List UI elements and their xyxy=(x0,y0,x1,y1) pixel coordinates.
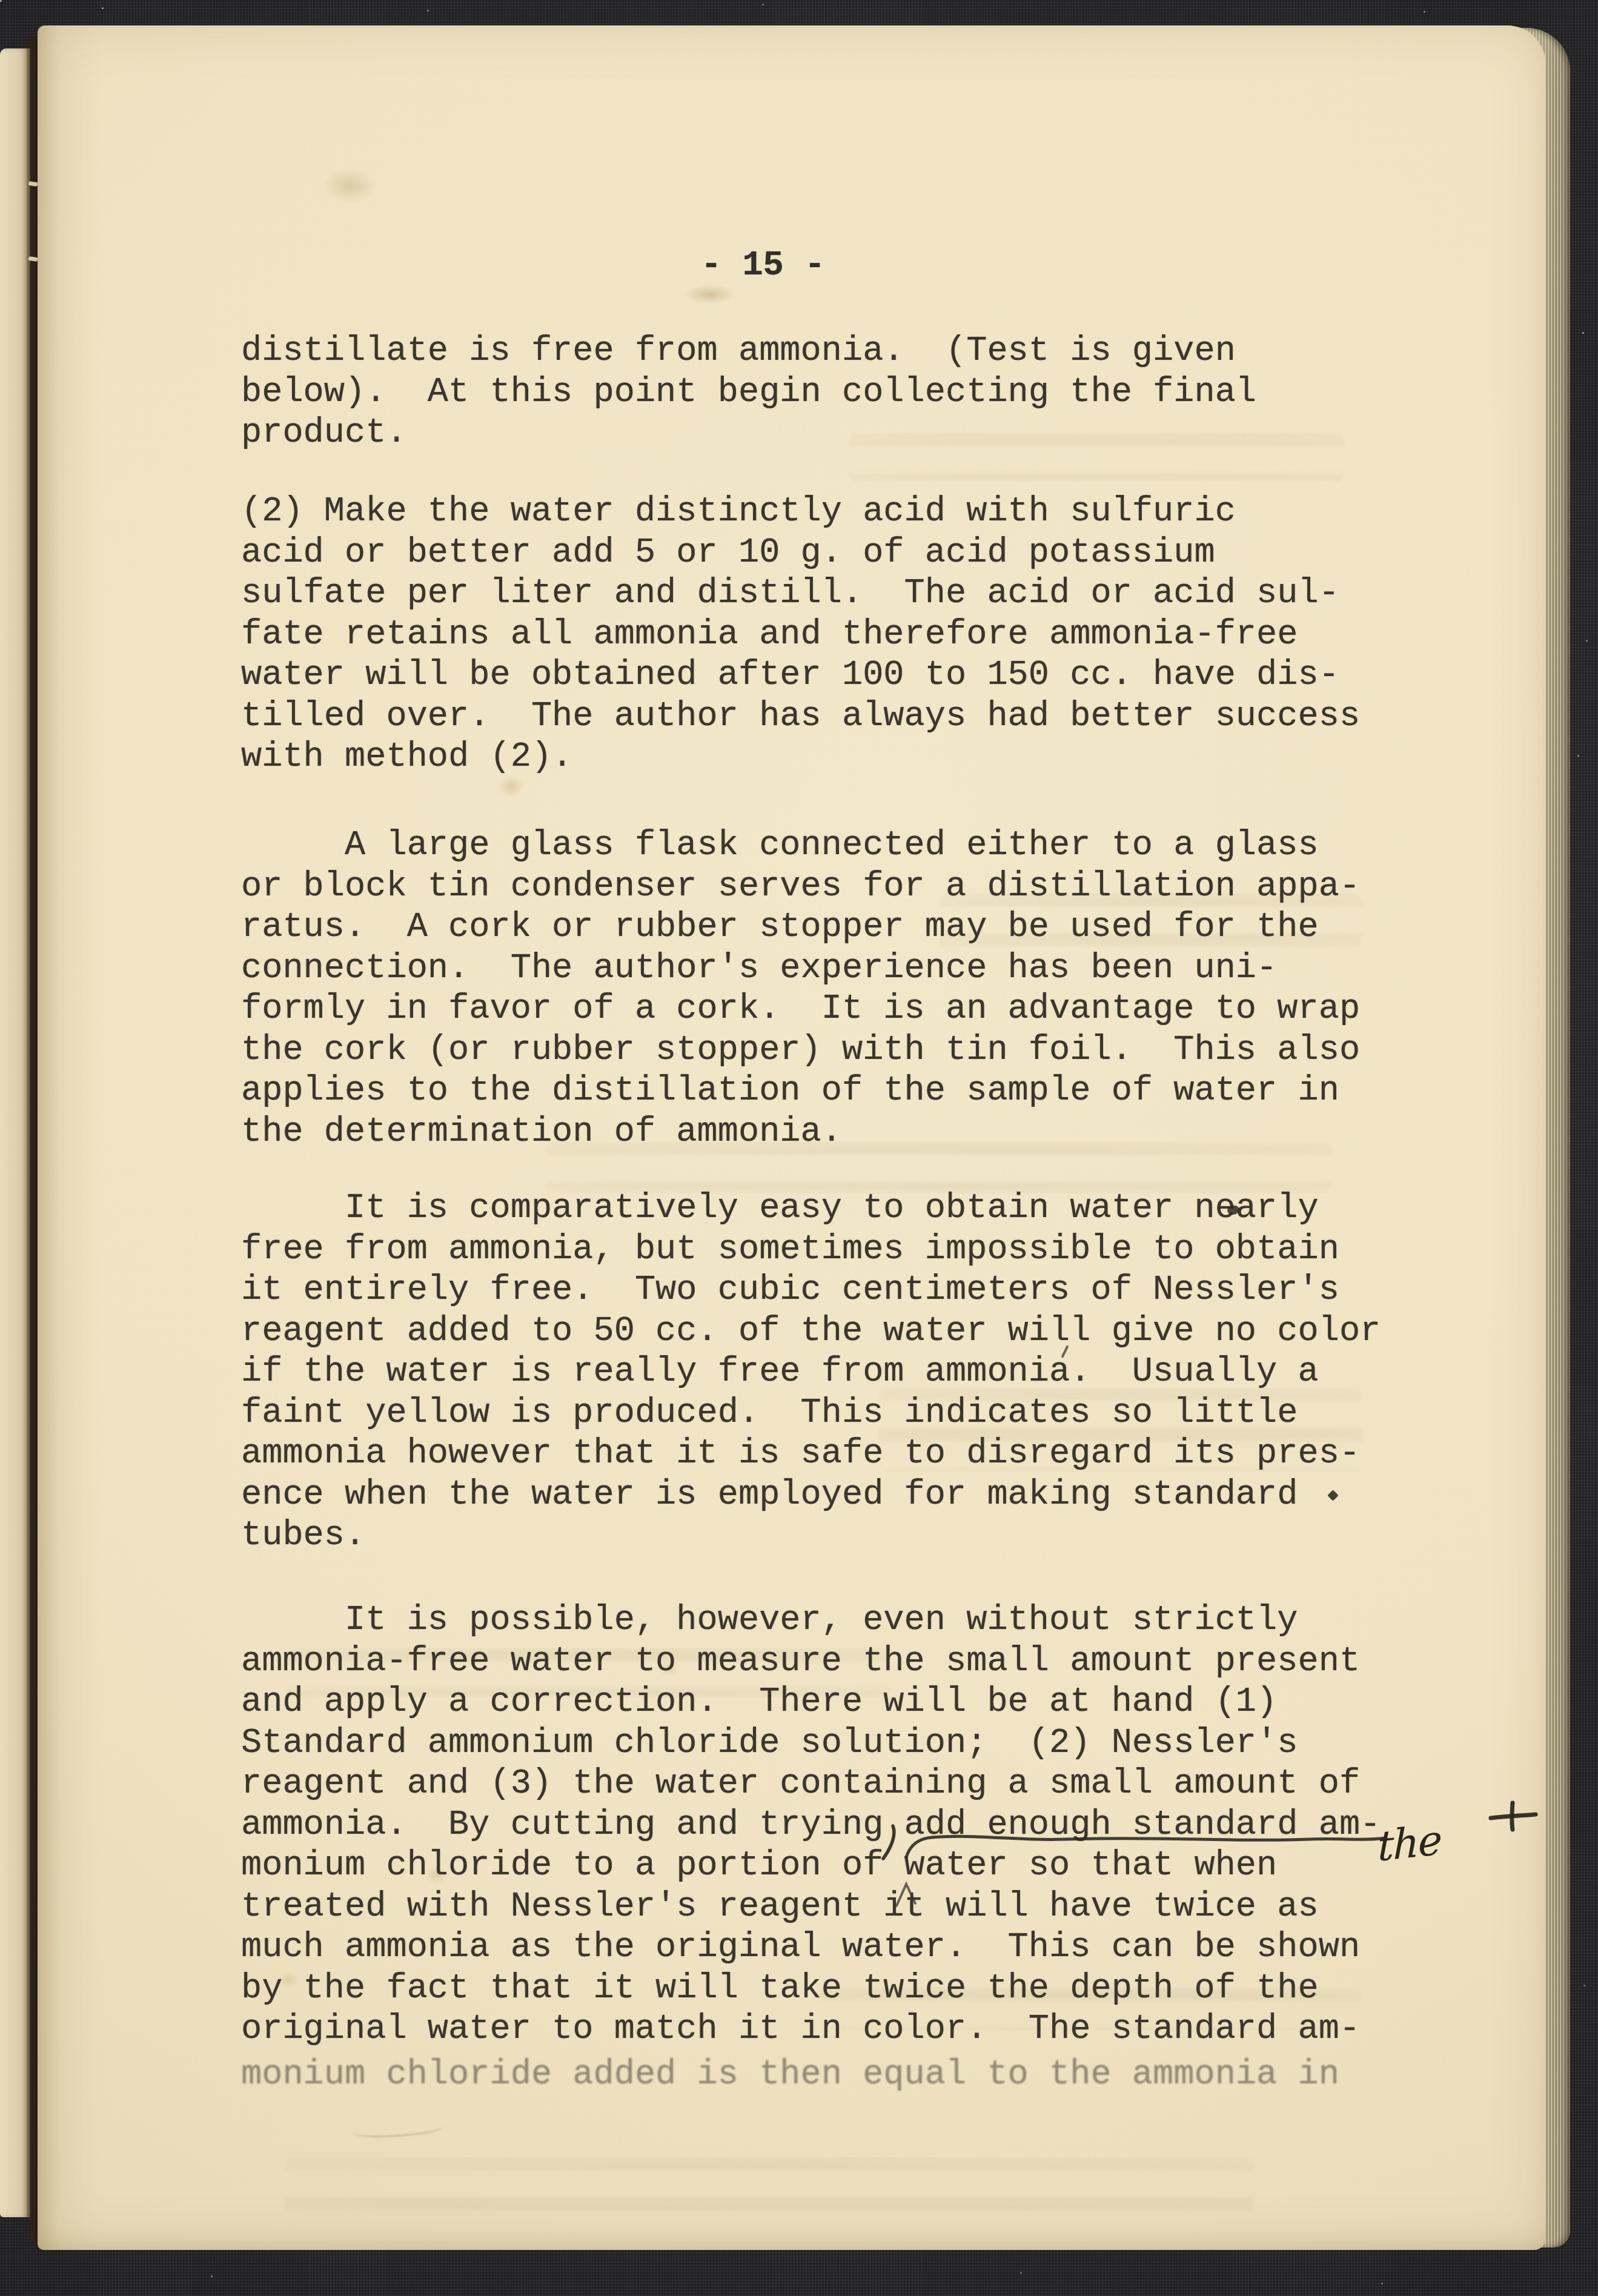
ink-bleedthrough xyxy=(285,2157,1254,2229)
paragraph-4: It is comparatively easy to obtain water… xyxy=(241,1189,1381,1557)
notebook-page: - 15 - distillate is free from ammonia. … xyxy=(38,25,1546,2250)
paper-stain xyxy=(322,168,377,203)
handwritten-comma xyxy=(878,1823,898,1862)
paragraph-5: It is possible, however, even without st… xyxy=(241,1601,1381,2051)
paragraph-3: A large glass flask connected either to … xyxy=(241,826,1360,1153)
paragraph-1: distillate is free from ammonia. (Test i… xyxy=(241,331,1256,454)
scanned-book-page-photo: - 15 - distillate is free from ammonia. … xyxy=(0,0,1598,2296)
margin-annotation-the: the xyxy=(1378,1816,1441,1871)
paragraph-5-last-line: monium chloride added is then equal to t… xyxy=(241,2055,1339,2096)
pencil-smudge xyxy=(352,2120,443,2140)
paper-stain xyxy=(498,775,525,797)
paragraph-2: (2) Make the water distinctly acid with … xyxy=(241,492,1360,778)
binding-stitch xyxy=(28,256,38,262)
previous-page-edge xyxy=(0,48,30,2217)
handwritten-insert-line xyxy=(903,1832,1387,1862)
handwritten-caret xyxy=(893,1879,921,1909)
binding-stitch xyxy=(28,181,38,187)
fabric-specks xyxy=(0,0,2,2)
paper-stain xyxy=(685,285,735,304)
margin-plus-mark xyxy=(1488,1799,1538,1833)
page-number: - 15 - xyxy=(701,247,825,285)
